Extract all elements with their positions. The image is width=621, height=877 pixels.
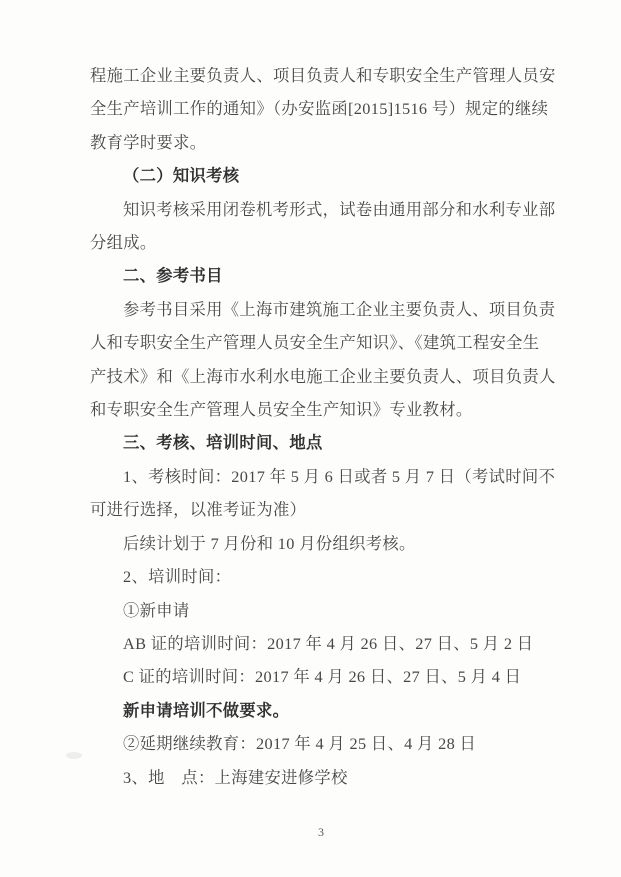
text-line: 全生产培训工作的通知》（办安监函[2015]1516 号）规定的继续 — [90, 92, 552, 125]
text-line: 1、考核时间：2017 年 5 月 6 日或者 5 月 7 日（考试时间不 — [90, 460, 552, 493]
text-line: 分组成。 — [90, 226, 552, 259]
scan-artifact — [66, 752, 82, 759]
text-line: 和专职安全生产管理人员安全生产知识》专业教材。 — [90, 393, 552, 426]
text-line: AB 证的培训时间：2017 年 4 月 26 日、27 日、5 月 2 日 — [90, 627, 552, 660]
text-line: 知识考核采用闭卷机考形式，试卷由通用部分和水利专业部 — [90, 193, 552, 226]
text-line: ①新申请 — [90, 594, 552, 627]
text-line: 产技术》和《上海市水利水电施工企业主要负责人、项目负责人 — [90, 360, 552, 393]
text-line: 新申请培训不做要求。 — [90, 694, 552, 727]
text-line: （二）知识考核 — [90, 159, 552, 192]
text-line: 二、参考书目 — [90, 259, 552, 292]
text-line: 教育学时要求。 — [90, 126, 552, 159]
text-line: 3、地 点：上海建安进修学校 — [90, 761, 552, 794]
scanned-document-page: 程施工企业主要负责人、项目负责人和专职安全生产管理人员安全生产培训工作的通知》（… — [0, 0, 621, 877]
text-line: 参考书目采用《上海市建筑施工企业主要负责人、项目负责 — [90, 293, 552, 326]
text-line: 三、考核、培训时间、地点 — [90, 426, 552, 459]
text-line: 人和专职安全生产管理人员安全生产知识》、《建筑工程安全生 — [90, 326, 552, 359]
text-line: ②延期继续教育：2017 年 4 月 25 日、4 月 28 日 — [90, 727, 552, 760]
page-number: 3 — [90, 824, 552, 840]
text-line: C 证的培训时间：2017 年 4 月 26 日、27 日、5 月 4 日 — [90, 660, 552, 693]
text-line: 后续计划于 7 月份和 10 月份组织考核。 — [90, 527, 552, 560]
text-line: 程施工企业主要负责人、项目负责人和专职安全生产管理人员安 — [90, 59, 552, 92]
document-body: 程施工企业主要负责人、项目负责人和专职安全生产管理人员安全生产培训工作的通知》（… — [90, 59, 552, 794]
text-line: 2、培训时间： — [90, 560, 552, 593]
text-line: 可进行选择，以准考证为准） — [90, 493, 552, 526]
